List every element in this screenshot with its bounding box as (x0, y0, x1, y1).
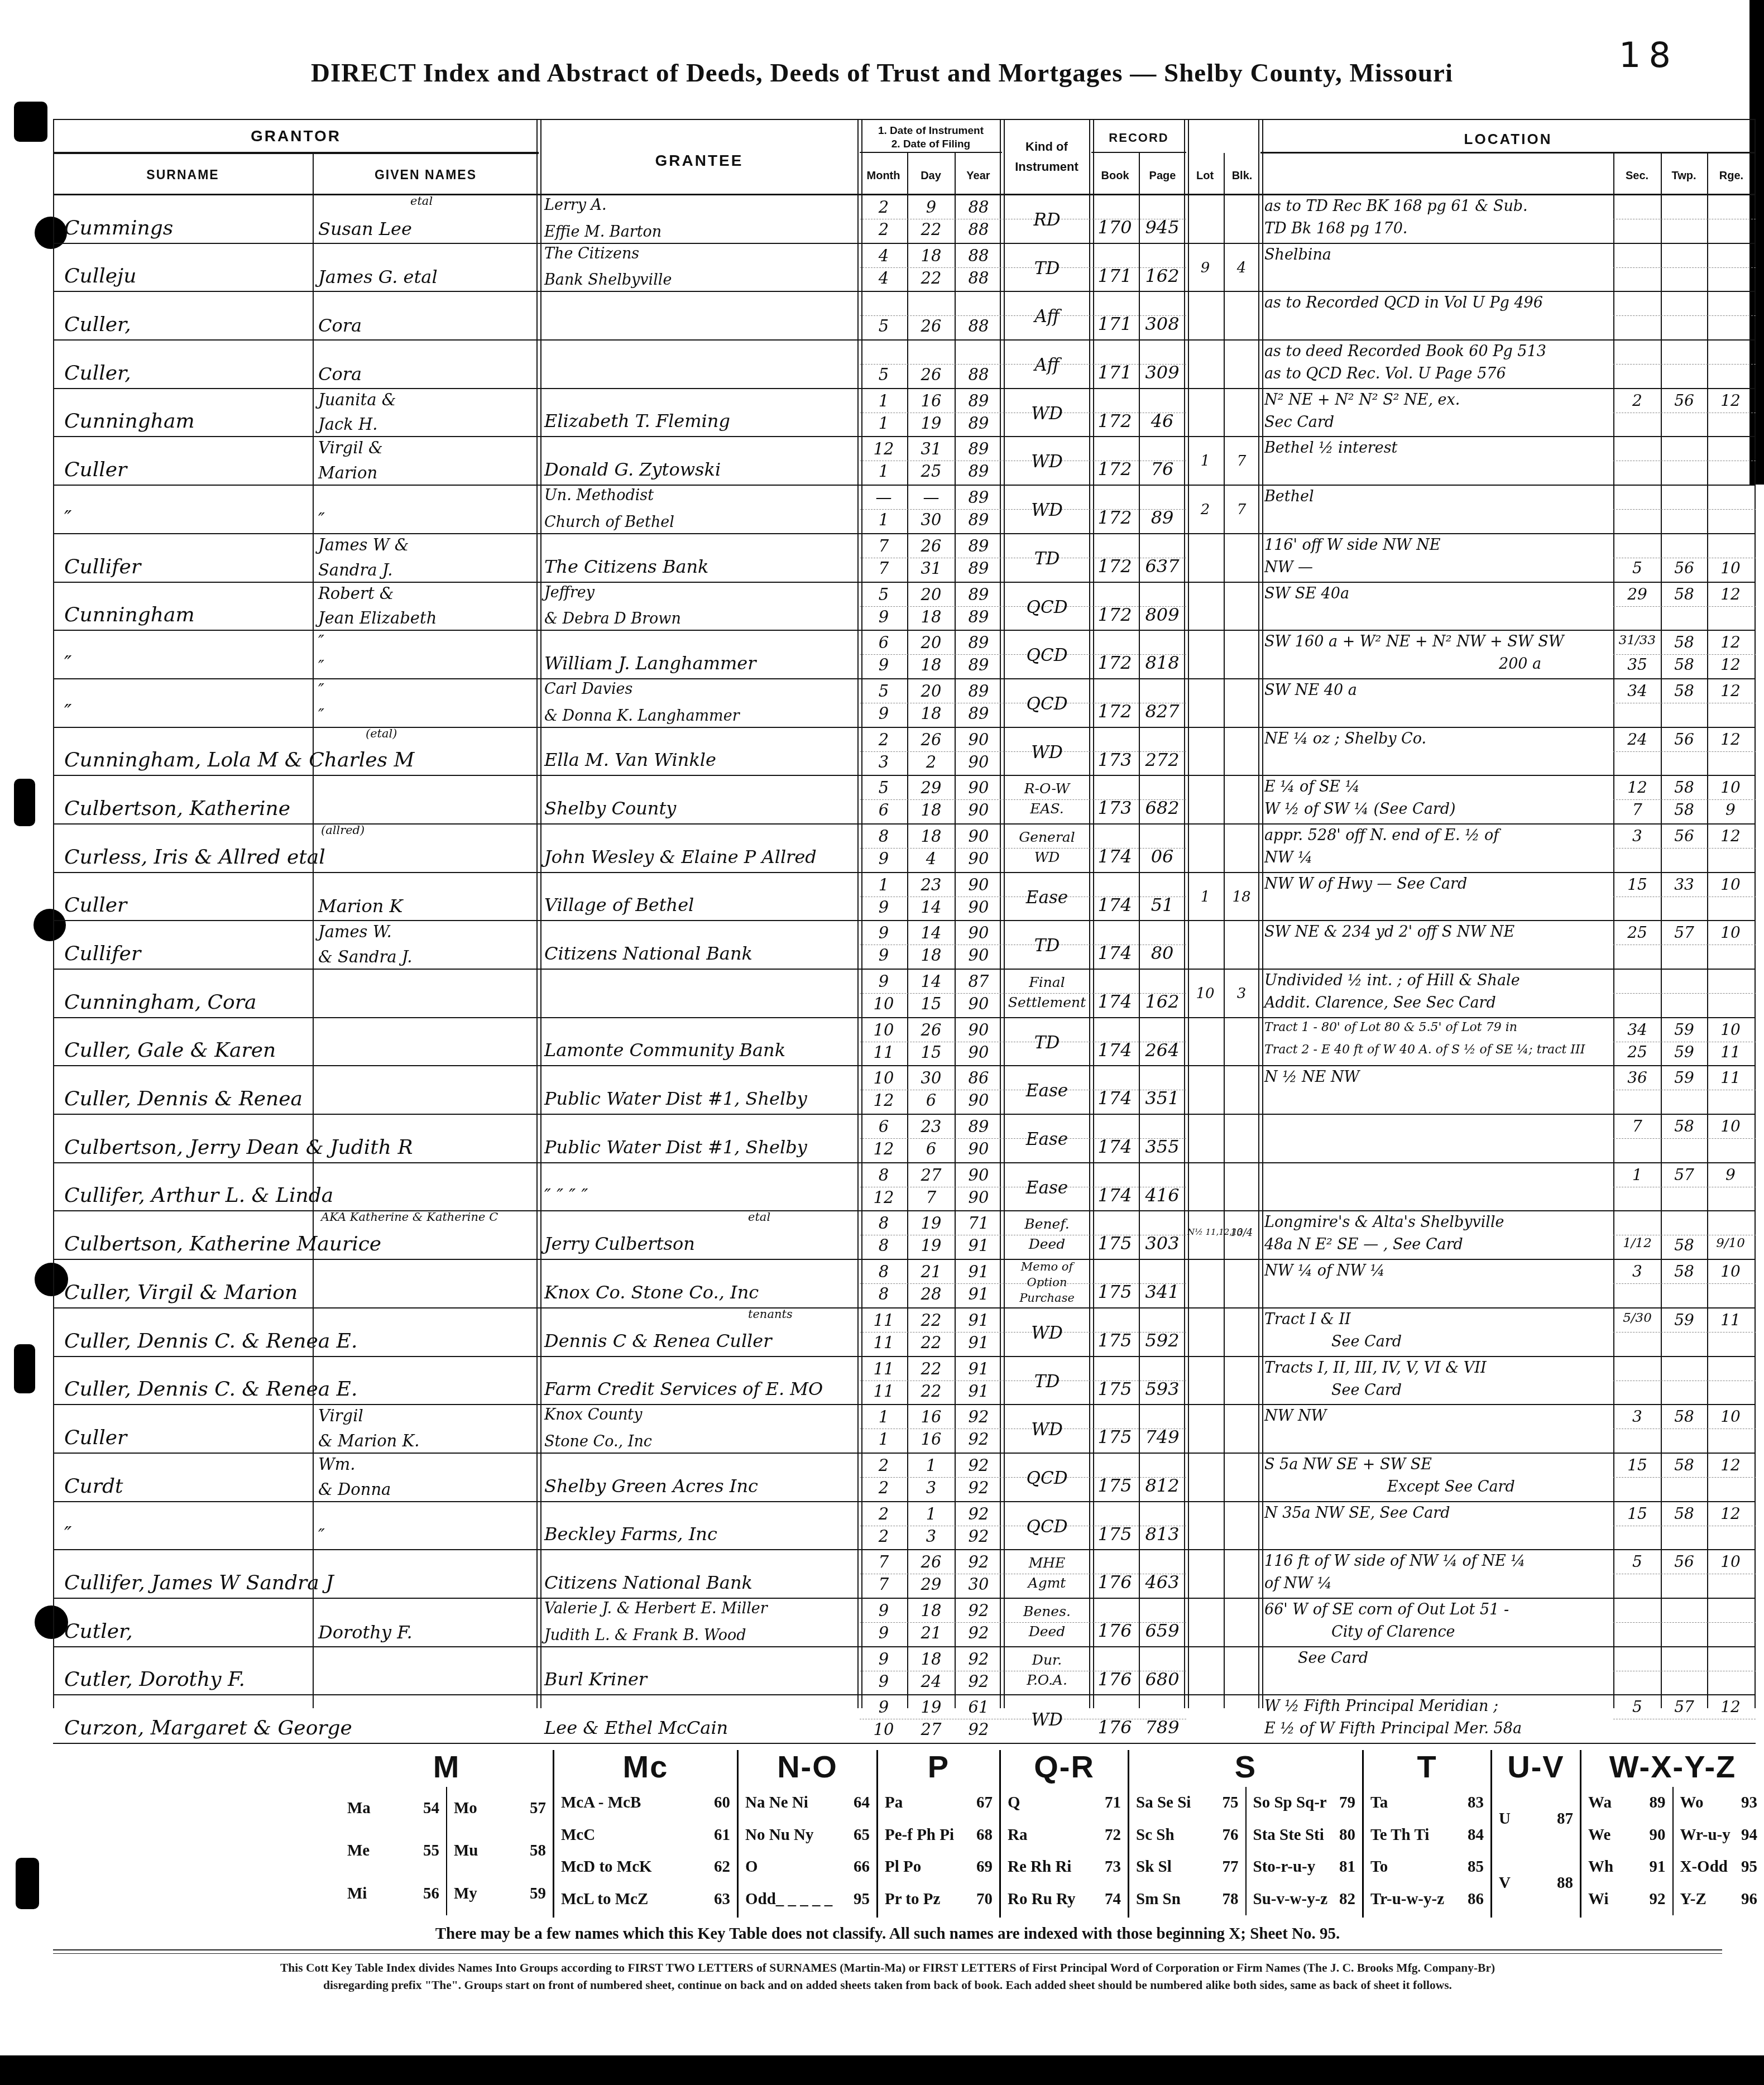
column-header-kind-line1: Kind of (1002, 140, 1091, 154)
key-entry: Su-v-w-y-z82 (1253, 1890, 1356, 1909)
column-header-sec: Sec. (1613, 170, 1661, 183)
key-entry: McL to McZ63 (561, 1890, 730, 1909)
table-row: CullerVirgil &MarionDonald G. Zytowski12… (53, 437, 1756, 486)
key-group-p: PPa67Pe-f Ph Pi68Pl Po69Pr to Pz70 (876, 1750, 999, 1918)
column-header-twp: Twp. (1661, 170, 1707, 183)
scanned-ledger-page: DIRECT Index and Abstract of Deeds, Deed… (0, 0, 1764, 2085)
key-entry: Wa89 (1588, 1794, 1666, 1812)
column-header-kind-line2: Instrument (1002, 160, 1091, 174)
key-entry: Ta83 (1370, 1794, 1484, 1812)
table-row: Culler,Cora52688Aff171309as to deed Reco… (53, 341, 1756, 389)
key-entry: Me55 (347, 1842, 439, 1860)
page-title: DIRECT Index and Abstract of Deeds, Deed… (145, 58, 1619, 88)
table-row: CulliferJames W.& Sandra J.Citizens Nati… (53, 921, 1756, 970)
key-group-title: P (878, 1750, 999, 1785)
key-entry: Q71 (1008, 1794, 1121, 1812)
table-row: Culler, Dennis & ReneaPublic Water Dist … (53, 1066, 1756, 1115)
key-entry: My59 (454, 1885, 546, 1903)
column-header-month: Month (860, 170, 907, 183)
table-row: Culler, Virgil & MarionKnox Co. Stone Co… (53, 1260, 1756, 1308)
key-group-title: T (1364, 1750, 1490, 1785)
key-entry: Sta Ste Sti80 (1253, 1826, 1356, 1844)
key-entry: Ra72 (1008, 1826, 1121, 1844)
key-table: MMa54Me55Mi56Mo57Mu58My59McMcA - McB60Mc… (341, 1750, 1764, 1918)
table-row: CullerMarion KVillage of Bethel123909149… (53, 873, 1756, 922)
table-row: Culbertson, Jerry Dean & Judith RPublic … (53, 1115, 1756, 1163)
table-row: Culbertson, Katherine MauriceAKA Katheri… (53, 1211, 1756, 1260)
key-group-uv: U-VU87V88 (1490, 1750, 1580, 1918)
key-entry: Pl Po69 (885, 1858, 993, 1876)
key-entry: O66 (745, 1858, 870, 1876)
punch-hole-mark (14, 102, 47, 142)
key-entry: Odd_ _ _ _ _95 (745, 1890, 870, 1909)
table-row: Cunningham, Lola M & Charles M(etal)Ella… (53, 728, 1756, 777)
key-group-title: Mc (554, 1750, 737, 1785)
key-group-qr: Q-RQ71Ra72Re Rh Ri73Ro Ru Ry74 (999, 1750, 1128, 1918)
scanner-edge-bottom (0, 2055, 1764, 2085)
key-entry: Te Th Ti84 (1370, 1826, 1484, 1844)
key-entry: McC61 (561, 1826, 730, 1844)
key-entry: Sto-r-u-y81 (1253, 1858, 1356, 1876)
key-group-no: N-ONa Ne Ni64No Nu Ny65O66Odd_ _ _ _ _95 (737, 1750, 876, 1918)
key-entry: McA - McB60 (561, 1794, 730, 1812)
table-row: Cutler, Dorothy F.Burl Kriner9189292492D… (53, 1647, 1756, 1696)
table-row: Cullifer, Arthur L. & Linda″ ″ ″ ″827901… (53, 1163, 1756, 1212)
key-entry: We90 (1588, 1826, 1666, 1844)
key-entry: Sm Sn78 (1136, 1890, 1239, 1909)
key-entry: Wi92 (1588, 1890, 1666, 1909)
table-row: ″″Un. MethodistChurch of Bethel——8913089… (53, 486, 1756, 534)
table-row: CummingsetalSusan LeeLerry A.Effie M. Ba… (53, 195, 1756, 244)
table-row: CunninghamJuanita &Jack H.Elizabeth T. F… (53, 389, 1756, 438)
punch-hole-mark (14, 1344, 35, 1393)
key-entry: No Nu Ny65 (745, 1826, 870, 1844)
column-header-date-line2: 2. Date of Filing (860, 138, 1002, 151)
table-row: Culler,Cora52688Aff171308as to Recorded … (53, 292, 1756, 341)
key-entry: Mu58 (454, 1842, 546, 1860)
table-row: Curless, Iris & Allred etal(allred)John … (53, 825, 1756, 873)
key-entry: Pr to Pz70 (885, 1890, 993, 1909)
key-group-m: MMa54Me55Mi56Mo57Mu58My59 (341, 1750, 553, 1918)
key-entry: X-Odd95 (1680, 1858, 1758, 1876)
table-row: CullejuJames G. etalThe CitizensBank She… (53, 244, 1756, 293)
column-header-grantor: GRANTOR (53, 127, 539, 145)
key-group-title: U-V (1492, 1750, 1580, 1785)
key-entry: Tr-u-w-y-z86 (1370, 1890, 1484, 1909)
key-entry: Pa67 (885, 1794, 993, 1812)
key-group-wxyz: W-X-Y-ZWa89We90Wh91Wi92Wo93Wr-u-y94X-Odd… (1580, 1750, 1764, 1918)
table-row: Culler, Gale & KarenLamonte Community Ba… (53, 1018, 1756, 1067)
key-entry: Mo57 (454, 1799, 546, 1818)
key-group-title: Q-R (1001, 1750, 1128, 1785)
key-entry: Re Rh Ri73 (1008, 1858, 1121, 1876)
table-row: Cunningham, Cora91487101590FinalSettleme… (53, 970, 1756, 1018)
punch-hole-mark (16, 1858, 39, 1909)
key-entry: V88 (1499, 1874, 1573, 1892)
key-entry: To85 (1370, 1858, 1484, 1876)
table-row: CurdtWm.& DonnaShelby Green Acres Inc219… (53, 1454, 1756, 1502)
column-header-surname: SURNAME (53, 167, 313, 183)
column-header-book: Book (1091, 170, 1139, 183)
key-entry: So Sp Sq-r79 (1253, 1794, 1356, 1812)
page-number: 18 (1619, 35, 1742, 75)
table-row: Curzon, Margaret & GeorgeLee & Ethel McC… (53, 1695, 1756, 1744)
column-header-date-line1: 1. Date of Instrument (860, 125, 1002, 137)
table-rule (53, 152, 539, 154)
column-header-grantee: GRANTEE (539, 152, 860, 170)
key-entry: McD to McK62 (561, 1858, 730, 1876)
table-row: CullerVirgil& Marion K.Knox CountyStone … (53, 1405, 1756, 1454)
key-entry: Ro Ru Ry74 (1008, 1890, 1121, 1909)
key-entry: Na Ne Ni64 (745, 1794, 870, 1812)
key-entry: Y-Z96 (1680, 1890, 1758, 1909)
table-rule (1260, 152, 1756, 154)
key-entry: Wh91 (1588, 1858, 1666, 1876)
table-rule (860, 152, 1002, 153)
key-group-t: TTa83Te Th Ti84To85Tr-u-w-y-z86 (1362, 1750, 1490, 1918)
table-row: CunninghamRobert &Jean ElizabethJeffrey&… (53, 583, 1756, 631)
key-entry: Wo93 (1680, 1794, 1758, 1812)
key-group-title: M (341, 1750, 553, 1785)
table-rule (53, 119, 1756, 120)
key-entry: Ma54 (347, 1799, 439, 1818)
column-header-given-names: GIVEN NAMES (313, 167, 539, 183)
column-header-blk: Blk. (1224, 170, 1260, 183)
key-group-s: SSa Se Si75Sc Sh76Sk Sl77Sm Sn78So Sp Sq… (1128, 1750, 1362, 1918)
key-group-title: N-O (739, 1750, 876, 1785)
column-header-day: Day (907, 170, 955, 183)
table-row: CulliferJames W &Sandra J.The Citizens B… (53, 534, 1756, 583)
key-entry: Pe-f Ph Pi68 (885, 1826, 993, 1844)
table-row: Culler, Dennis C. & Renea E.Farm Credit … (53, 1357, 1756, 1406)
divider-rule (53, 1949, 1722, 1950)
key-entry: Wr-u-y94 (1680, 1826, 1758, 1844)
column-header-location: LOCATION (1260, 131, 1756, 148)
fine-print-line1: This Cott Key Table Index divides Names … (53, 1961, 1722, 1975)
column-header-lot: Lot (1186, 170, 1224, 183)
key-entry: Sk Sl77 (1136, 1858, 1239, 1876)
table-row: Culler, Dennis C. & Renea E.tenantsDenni… (53, 1308, 1756, 1357)
table-row: Culbertson, KatherineShelby County529906… (53, 776, 1756, 825)
column-header-page: Page (1139, 170, 1186, 183)
column-header-record: RECORD (1091, 131, 1186, 145)
column-header-rge: Rge. (1707, 170, 1756, 183)
key-entry: Mi56 (347, 1885, 439, 1903)
divider-rule (53, 1953, 1722, 1954)
ledger-rows: CummingsetalSusan LeeLerry A.Effie M. Ba… (53, 195, 1756, 1708)
table-row: ″″″Carl Davies& Donna K. Langhammer52089… (53, 679, 1756, 728)
key-table-note: There may be a few names which this Key … (53, 1925, 1722, 1943)
punch-hole-mark (14, 779, 35, 826)
table-row: ″″″William J. Langhammer6208991889QCD172… (53, 631, 1756, 679)
key-entry: U87 (1499, 1810, 1573, 1828)
key-group-mc: McMcA - McB60McC61McD to McK62McL to McZ… (553, 1750, 737, 1918)
key-entry: Sc Sh76 (1136, 1826, 1239, 1844)
fine-print-line2: disregarding prefix "The". Groups start … (53, 1978, 1722, 1992)
key-group-title: W-X-Y-Z (1581, 1750, 1764, 1785)
key-group-title: S (1129, 1750, 1362, 1785)
column-header-year: Year (955, 170, 1002, 183)
table-row: Cullifer, James W Sandra JCitizens Natio… (53, 1550, 1756, 1599)
key-entry: Sa Se Si75 (1136, 1794, 1239, 1812)
table-row: Cutler,Dorothy F.Valerie J. & Herbert E.… (53, 1599, 1756, 1647)
table-row: ″″Beckley Farms, Inc21922392QCD175813N 3… (53, 1502, 1756, 1551)
